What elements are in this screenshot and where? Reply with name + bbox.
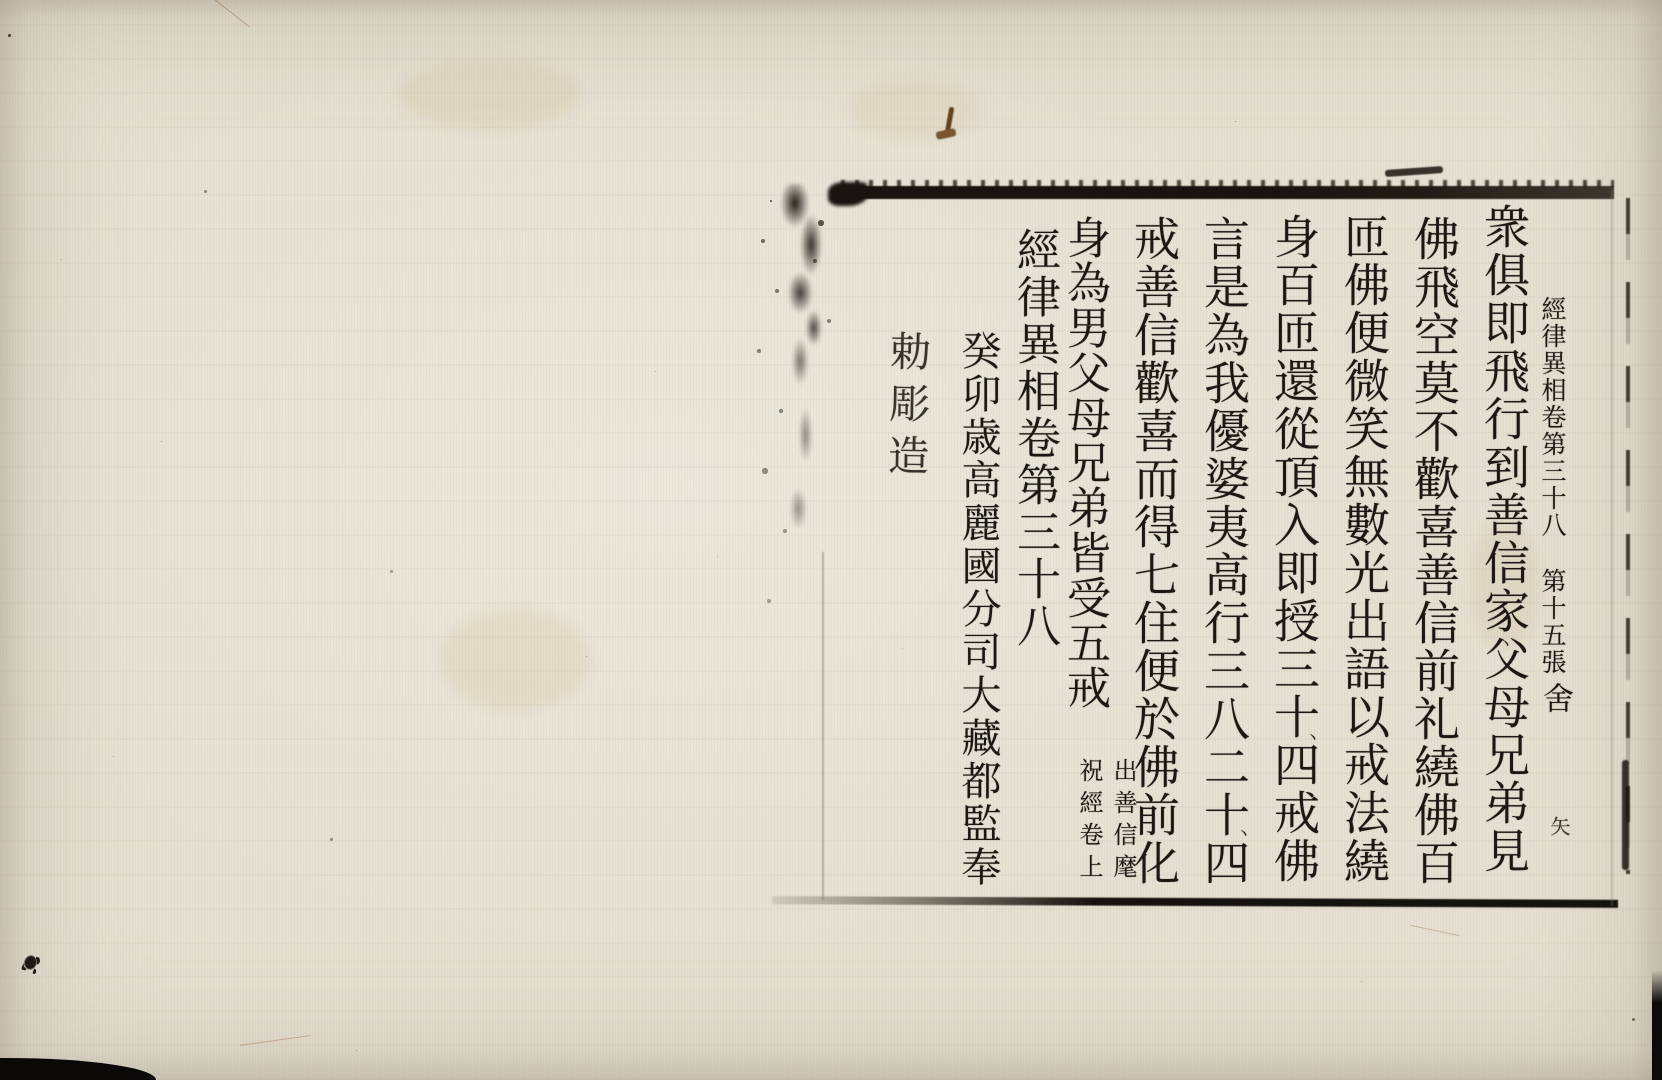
ink-smudge xyxy=(1385,166,1443,177)
handwritten-note: 勅彫造 xyxy=(871,330,928,487)
fold-crease xyxy=(822,552,824,900)
scan-corner-bottom-left xyxy=(0,1058,156,1080)
ink-spray-specks xyxy=(770,200,772,202)
scan-corner-bottom-right xyxy=(1652,970,1662,1080)
end-title-column: 經律異相卷第三十八 xyxy=(1000,227,1056,650)
text-column: 衆俱即飛行到善信家父母兄弟見 xyxy=(1468,203,1526,875)
scanned-page: 經律異相卷第三十八 第十五張 舍 矢 衆俱即飛行到善信家父母兄弟見 佛飛空莫不歡… xyxy=(0,0,1662,1080)
block-top-border xyxy=(836,186,1614,199)
colophon-column: 癸卯歳高麗國分司大藏都監奉 xyxy=(946,330,998,889)
text-column: 身百匝還從頂入即授三十四戒佛 xyxy=(1258,213,1316,885)
fold-crease xyxy=(1611,190,1613,906)
case-marker-char: 舍 xyxy=(1537,682,1571,713)
reading-dot: 丶 xyxy=(1234,826,1249,841)
citation-note-right: 出善信麾 xyxy=(1106,758,1134,886)
paper-specks xyxy=(8,34,11,37)
block-right-border xyxy=(1622,760,1629,870)
block-left-edge-smudge xyxy=(784,330,820,540)
text-column: 匝佛便微笑無數光出語以戒法繞 xyxy=(1328,213,1386,885)
sheet-header-column: 經律異相卷第三十八 第十五張 xyxy=(1534,296,1564,656)
paper-stain xyxy=(440,610,590,710)
text-column: 言是為我優婆夷高行三八二十四 xyxy=(1188,215,1246,887)
citation-note-left: 祝經卷上 xyxy=(1072,758,1100,886)
block-bottom-border xyxy=(772,896,1618,908)
reading-dot: 丶 xyxy=(1303,730,1318,745)
text-column: 佛飛空莫不歡喜善信前礼繞佛百 xyxy=(1398,215,1456,887)
paper-stain xyxy=(400,60,580,130)
block-left-edge-smudge xyxy=(776,184,830,344)
paper-stain xyxy=(850,80,980,140)
ink-blot xyxy=(22,953,39,972)
paper-fiber xyxy=(1410,925,1459,936)
margin-mark-char: 矢 xyxy=(1544,816,1568,836)
paper-fiber xyxy=(240,1035,309,1046)
paper-fiber xyxy=(202,0,250,27)
reading-dot: 丶 xyxy=(1496,636,1511,651)
